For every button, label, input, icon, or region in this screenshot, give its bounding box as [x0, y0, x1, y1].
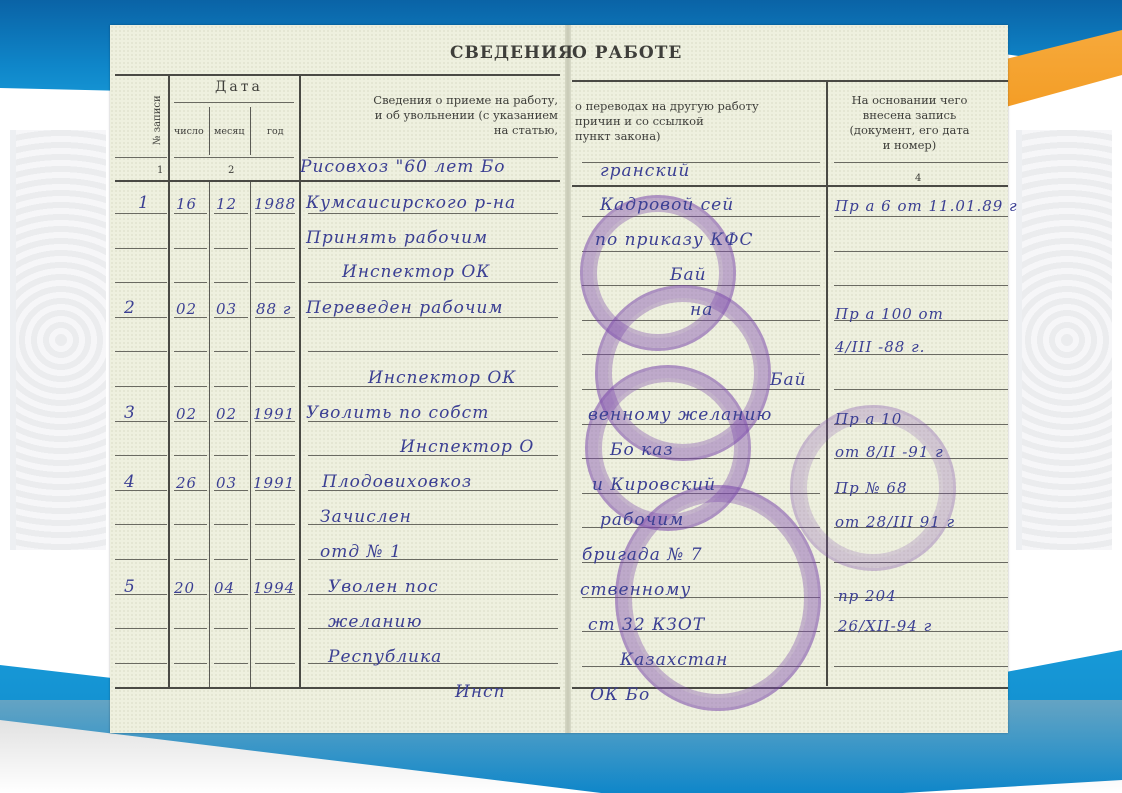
ruled-line [255, 282, 295, 283]
header-date-day: число [174, 124, 204, 139]
ornament-pattern-right [1016, 130, 1112, 550]
entry-1-day: 16 [176, 195, 197, 213]
handwritten-org-left: Рисовхоз "60 лет Бо [300, 157, 506, 177]
col-divider-3 [826, 82, 828, 686]
entry-4-month: 03 [216, 474, 237, 492]
header-top-border-left [115, 74, 560, 76]
entry-4-text-right-1: и Кировский [592, 475, 716, 495]
header-col3-left-line: и об увольнении (с указанием [310, 108, 558, 123]
entry-3-text-right-1: венному желанию [588, 405, 772, 425]
ruled-line [255, 559, 295, 560]
ruled-line [174, 663, 207, 664]
ruled-line [115, 282, 167, 283]
col-number-4: 4 [915, 173, 921, 184]
entry-3-month: 02 [216, 405, 237, 423]
ruled-line [174, 351, 207, 352]
ruled-line [214, 248, 248, 249]
entry-1-text-right-3: Бай [670, 265, 707, 285]
entry-3-basis-1: Пр а 10 [835, 410, 902, 428]
ruled-line [255, 455, 295, 456]
ruled-line [255, 628, 295, 629]
entry-5-text-right-4: ОК Бо [590, 685, 650, 705]
ruled-line [174, 282, 207, 283]
entry-2-basis-2: 4/III -88 г. [835, 338, 925, 356]
ruled-line [174, 248, 207, 249]
date-sub-divider-2 [250, 107, 251, 155]
header-record-number: № записи [152, 95, 163, 145]
ruled-line [174, 386, 207, 387]
ruled-line [255, 248, 295, 249]
entry-3-text-left-1: Уволить по собст [306, 403, 489, 423]
entry-4-text-left-2: Зачислен [320, 507, 412, 527]
entry-1-number: 1 [138, 193, 150, 213]
header-col3-right-line: пункт закона) [575, 129, 815, 144]
ruled-line [834, 251, 1008, 252]
header-col3-right: о переводах на другую работу причин и со… [575, 99, 815, 144]
ruled-line [115, 248, 167, 249]
entry-4-basis-2: от 28/III 91 г [835, 513, 955, 531]
col-divider-1 [168, 75, 170, 687]
ruled-line [255, 524, 295, 525]
ruled-line [255, 663, 295, 664]
entry-5-day: 20 [174, 579, 195, 597]
entry-2-number: 2 [124, 298, 136, 318]
entry-4-text-right-2: рабочим [600, 510, 684, 530]
ruled-line [115, 213, 167, 214]
header-col4: На основании чего внесена запись (докуме… [832, 93, 987, 153]
entry-4-year: 1991 [253, 474, 295, 492]
header-col4-line: и номер) [832, 138, 987, 153]
ruled-line [308, 351, 558, 352]
entry-1-basis-1: Пр а 6 от 11.01.89 г [835, 197, 1018, 215]
entry-1-year: 1988 [254, 195, 296, 213]
header-bottom-border-left [115, 180, 560, 182]
colnum-top-line-4 [834, 162, 1008, 163]
entry-5-text-left-3: Республика [328, 647, 442, 667]
entry-5-text-right-3: Казахстан [620, 650, 728, 670]
entry-2-day: 02 [176, 300, 197, 318]
header-col3-right-line: причин и со ссылкой [575, 114, 815, 129]
ruled-line [174, 455, 207, 456]
entry-5-text-right-2: ст 32 КЗОТ [588, 615, 705, 635]
header-col3-right-line: о переводах на другую работу [575, 99, 815, 114]
date-col-divider-1 [209, 180, 210, 687]
entry-5-basis-1: пр 204 [838, 587, 897, 605]
entry-2-text-right-3: Бай [770, 370, 807, 390]
entry-2-basis-1: Пр а 100 от [835, 305, 944, 323]
ruled-line [214, 386, 248, 387]
ruled-line [214, 663, 248, 664]
ruled-line [115, 351, 167, 352]
entry-5-text-right-1: ственному [580, 580, 691, 600]
work-record-book-spread: СВЕДЕНИЯ О РАБОТЕ № записи Дата число ме… [110, 25, 1008, 733]
entry-5-text-left-4: Инсп [455, 682, 506, 702]
ruled-line [115, 628, 167, 629]
entry-1-text-left-1: Кумсаисирского р-на [306, 193, 516, 213]
entry-3-basis-2: от 8/II -91 г [835, 443, 944, 461]
entry-5-text-left-1: Уволен пос [328, 577, 439, 597]
header-top-border-right [572, 80, 1008, 82]
entry-2-month: 03 [216, 300, 237, 318]
ruled-line [174, 213, 207, 214]
header-col4-line: На основании чего [832, 93, 987, 108]
header-date-month: месяц [214, 124, 244, 139]
entry-4-basis-1: Пр № 68 [835, 479, 908, 497]
ruled-line [115, 421, 167, 422]
ruled-line [214, 524, 248, 525]
entry-4-day: 26 [176, 474, 197, 492]
ruled-line [214, 282, 248, 283]
ruled-line [834, 666, 1008, 667]
entry-5-text-left-2: желанию [328, 612, 422, 632]
entry-3-number: 3 [124, 403, 136, 423]
entry-1-text-right-1: Кадровой сей [600, 195, 734, 215]
entry-3-text-right-2: Бо каз [610, 440, 674, 460]
ruled-line [174, 524, 207, 525]
ruled-line [115, 559, 167, 560]
header-date-year: год [267, 124, 284, 139]
ruled-line [115, 490, 167, 491]
ruled-line [174, 628, 207, 629]
header-col3-left: Сведения о приеме на работу, и об увольн… [310, 93, 558, 138]
entry-5-month: 04 [214, 579, 235, 597]
header-bottom-border-right [572, 185, 1008, 187]
entry-1-text-right-2: по приказу КФС [595, 230, 753, 250]
col-number-2: 2 [228, 165, 234, 176]
ruled-line [308, 282, 558, 283]
ruled-line [115, 663, 167, 664]
handwritten-org-right: гранский [600, 161, 690, 181]
ruled-line [115, 386, 167, 387]
ruled-line [834, 285, 1008, 286]
entry-3-text-left-2: Инспектор О [400, 437, 534, 457]
header-date: Дата [215, 80, 263, 95]
ruled-line [255, 213, 295, 214]
ruled-line [255, 386, 295, 387]
entry-1-text-left-2: Принять рабочим [306, 228, 488, 248]
colnum-top-line-2 [174, 157, 294, 158]
entry-5-year: 1994 [253, 579, 295, 597]
ruled-line [214, 559, 248, 560]
date-sub-divider-1 [209, 107, 210, 155]
ruled-line [308, 213, 558, 214]
col-number-1: 1 [157, 165, 163, 176]
date-col-divider-2 [250, 180, 251, 687]
entry-1-month: 12 [216, 195, 237, 213]
entry-3-day: 02 [176, 405, 197, 423]
page-title-right: О РАБОТЕ [572, 43, 682, 63]
ruled-line [834, 216, 1008, 217]
ruled-line [214, 455, 248, 456]
header-col3-left-line: Сведения о приеме на работу, [310, 93, 558, 108]
header-col4-line: внесена запись [832, 108, 987, 123]
header-col4-line: (документ, его дата [832, 123, 987, 138]
ruled-line [255, 351, 295, 352]
ruled-line [174, 559, 207, 560]
ruled-line [115, 524, 167, 525]
ruled-line [115, 317, 167, 318]
date-header-underline [174, 102, 294, 103]
entry-4-text-right-3: бригада № 7 [582, 545, 703, 565]
ruled-line [214, 351, 248, 352]
entry-5-basis-2: 26/XII-94 г [838, 617, 932, 635]
entry-2-text-right-1: на [690, 300, 713, 320]
entry-2-text-left-3: Инспектор ОК [368, 368, 516, 388]
entry-2-year: 88 г [256, 300, 291, 318]
ruled-line [214, 628, 248, 629]
ruled-line [834, 389, 1008, 390]
header-col3-left-line: на статью, [310, 123, 558, 138]
ruled-line [214, 213, 248, 214]
entry-1-text-left-3: Инспектор ОК [342, 262, 490, 282]
page-title-left: СВЕДЕНИЯ [450, 43, 574, 63]
entry-4-text-left-1: Плодовиховкоз [322, 472, 472, 492]
ornament-pattern-left [10, 130, 106, 550]
colnum-top-line-1 [115, 157, 167, 158]
ruled-line [115, 455, 167, 456]
entry-4-number: 4 [124, 472, 136, 492]
entry-2-text-left-1: Переведен рабочим [306, 298, 503, 318]
entry-4-text-left-3: отд № 1 [320, 542, 402, 562]
ruled-line [115, 594, 167, 595]
book-spine [565, 25, 571, 733]
entry-5-number: 5 [124, 577, 136, 597]
entry-3-year: 1991 [253, 405, 295, 423]
